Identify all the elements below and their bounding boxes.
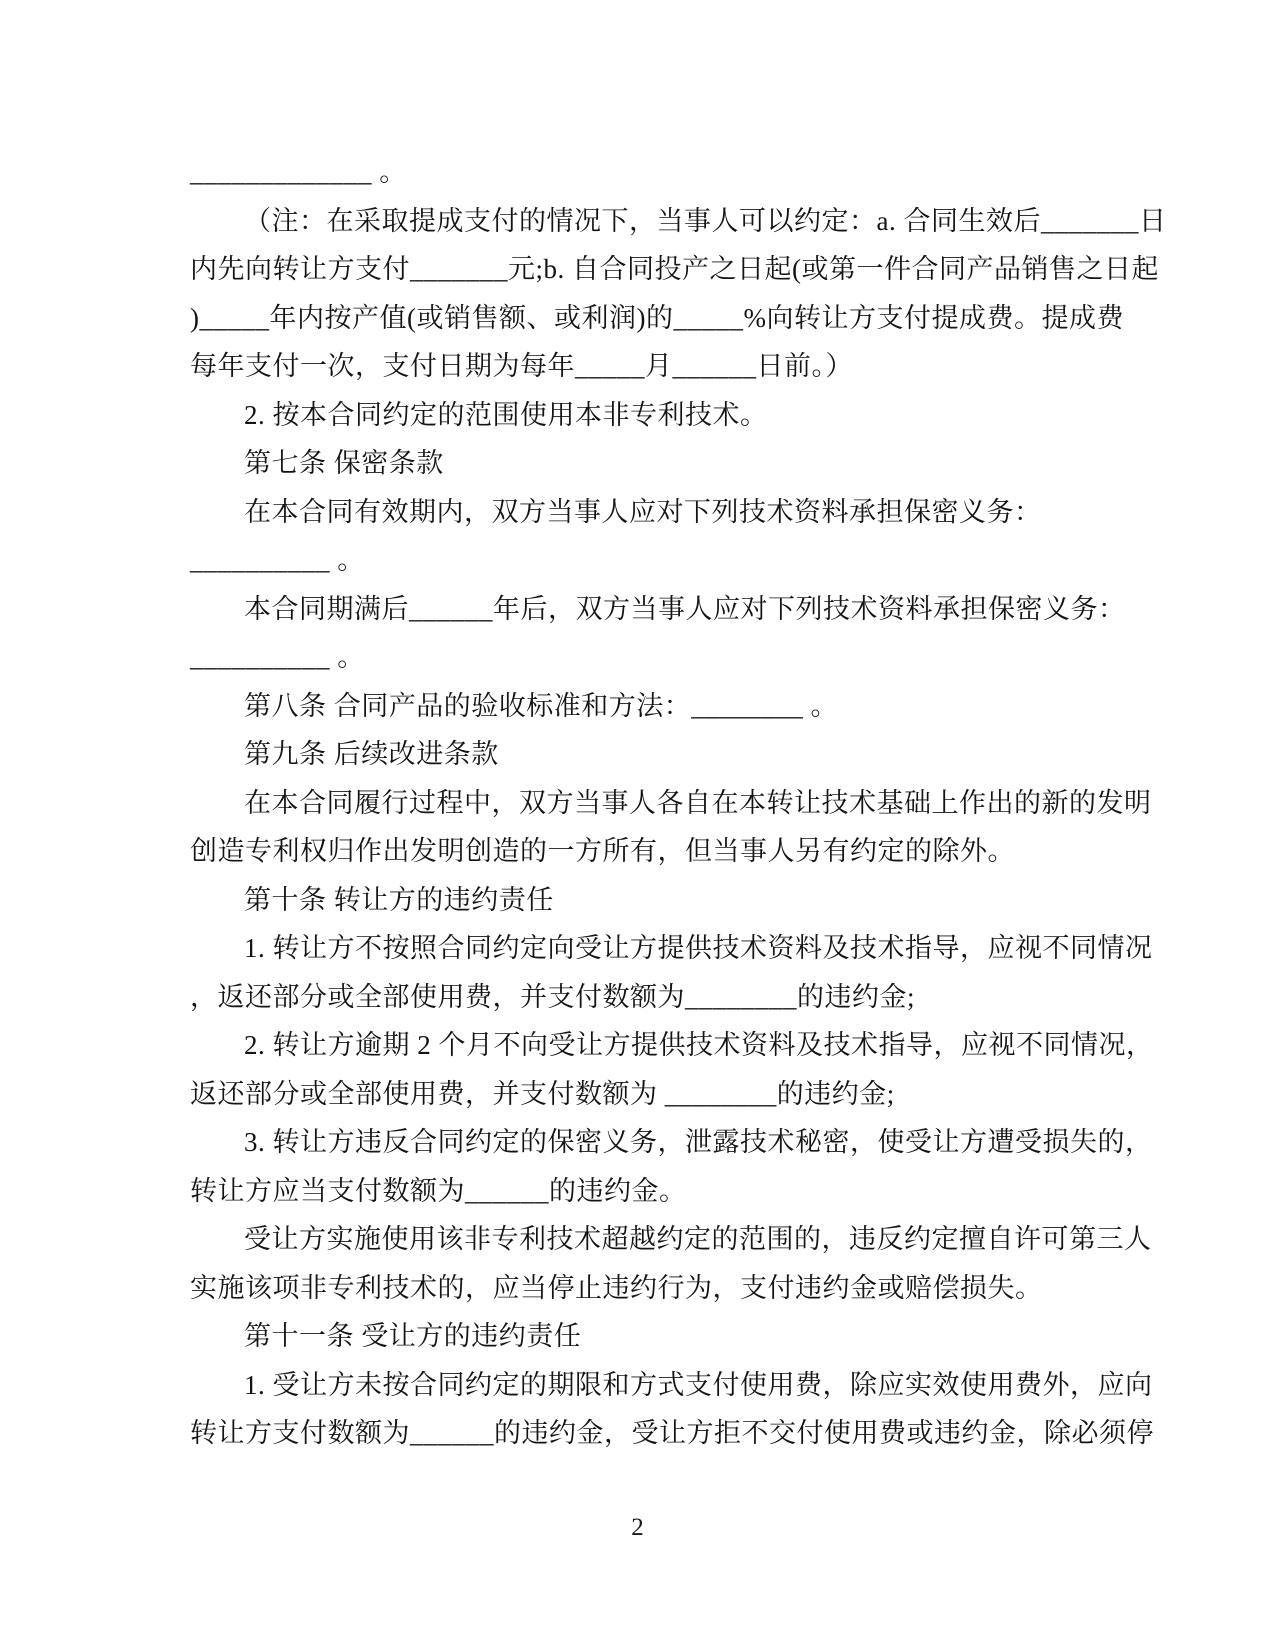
text-line: 1. 转让方不按照合同约定向受让方提供技术资料及技术指导，应视不同情况 — [190, 924, 1090, 973]
text-line: 每年支付一次，支付日期为每年_____月______日前。） — [190, 342, 1090, 391]
text-line: 第八条 合同产品的验收标准和方法：________ 。 — [190, 682, 1090, 731]
text-line: 转让方应当支付数额为______的违约金。 — [190, 1167, 1090, 1216]
text-line: )_____年内按产值(或销售额、或利润)的_____%向转让方支付提成费。提成… — [190, 294, 1090, 343]
text-line: _____________ 。 — [190, 148, 1090, 197]
text-line: 2. 转让方逾期 2 个月不向受让方提供技术资料及技术指导，应视不同情况， — [190, 1021, 1090, 1070]
document-body: _____________ 。（注：在采取提成支付的情况下，当事人可以约定：a.… — [190, 148, 1090, 1458]
text-line: __________ 。 — [190, 633, 1090, 682]
document-page: _____________ 。（注：在采取提成支付的情况下，当事人可以约定：a.… — [0, 0, 1275, 1651]
text-line: 2. 按本合同约定的范围使用本非专利技术。 — [190, 391, 1090, 440]
text-line: 1. 受让方未按合同约定的期限和方式支付使用费，除应实效使用费外，应向 — [190, 1361, 1090, 1410]
text-line: 实施该项非专利技术的，应当停止违约行为，支付违约金或赔偿损失。 — [190, 1264, 1090, 1313]
text-line: __________ 。 — [190, 536, 1090, 585]
text-line: 在本合同履行过程中，双方当事人各自在本转让技术基础上作出的新的发明 — [190, 779, 1090, 828]
text-line: 受让方实施使用该非专利技术超越约定的范围的，违反约定擅自许可第三人 — [190, 1215, 1090, 1264]
text-line: 第十一条 受让方的违约责任 — [190, 1312, 1090, 1361]
text-line: 第十条 转让方的违约责任 — [190, 876, 1090, 925]
text-line: 返还部分或全部使用费，并支付数额为 ________的违约金; — [190, 1070, 1090, 1119]
page-number: 2 — [0, 1508, 1275, 1548]
text-line: 内先向转让方支付_______元;b. 自合同投产之日起(或第一件合同产品销售之… — [190, 245, 1090, 294]
text-line: 第九条 后续改进条款 — [190, 730, 1090, 779]
text-line: 本合同期满后______年后，双方当事人应对下列技术资料承担保密义务： — [190, 585, 1090, 634]
text-line: 创造专利权归作出发明创造的一方所有，但当事人另有约定的除外。 — [190, 827, 1090, 876]
text-line: 在本合同有效期内，双方当事人应对下列技术资料承担保密义务： — [190, 488, 1090, 537]
text-line: 转让方支付数额为______的违约金，受让方拒不交付使用费或违约金，除必须停 — [190, 1409, 1090, 1458]
text-line: 3. 转让方违反合同约定的保密义务，泄露技术秘密，使受让方遭受损失的， — [190, 1118, 1090, 1167]
text-line: （注：在采取提成支付的情况下，当事人可以约定：a. 合同生效后_______日 — [190, 197, 1090, 246]
text-line: 第七条 保密条款 — [190, 439, 1090, 488]
text-line: ，返还部分或全部使用费，并支付数额为________的违约金; — [190, 973, 1090, 1022]
